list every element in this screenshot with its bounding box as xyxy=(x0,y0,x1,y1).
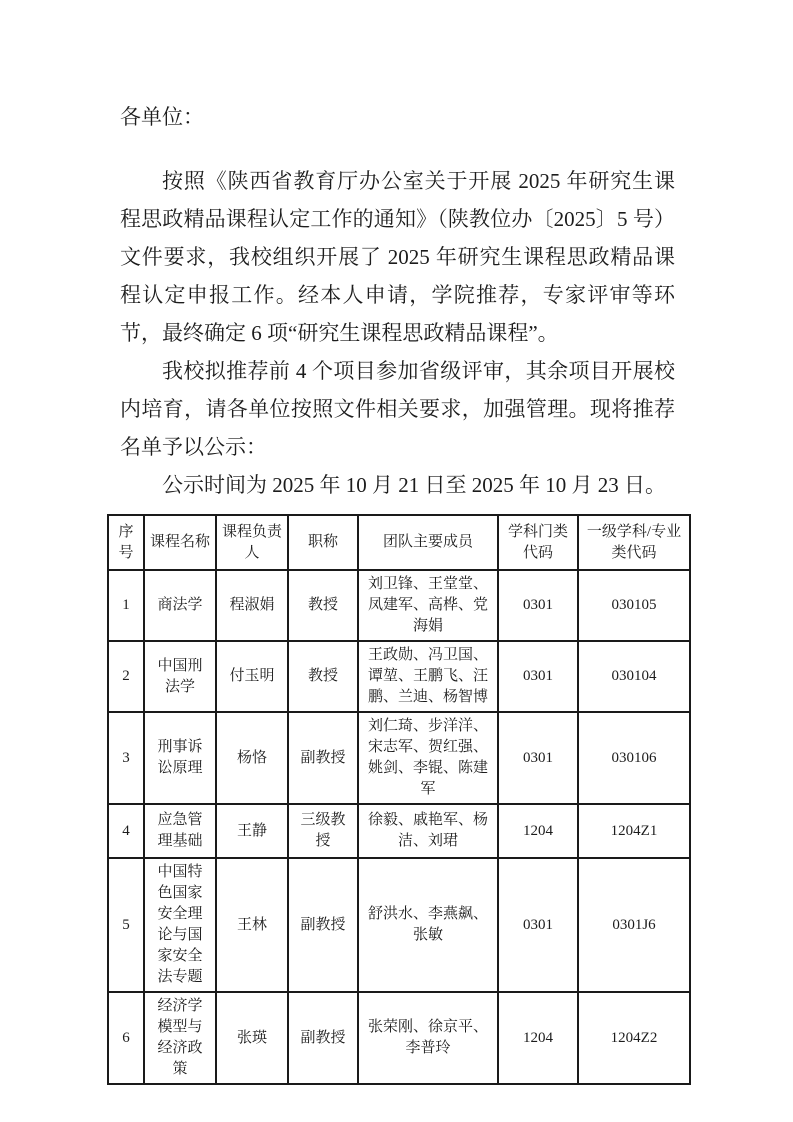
header-cell-major-code: 一级学科/专业类代码 xyxy=(578,515,690,570)
table-row: 1 商法学 程淑娟 教授 刘卫锋、王堂堂、凤建军、高桦、党海娟 0301 030… xyxy=(108,570,690,641)
table-row: 5 中国特色国家安全理论与国家安全法专题 王林 副教授 舒洪水、李燕飙、张敏 0… xyxy=(108,858,690,992)
table-row: 2 中国刑法学 付玉明 教授 王政勋、冯卫国、谭堃、王鹏飞、汪鹏、兰迪、杨智博 … xyxy=(108,641,690,712)
cell-course-name: 中国刑法学 xyxy=(144,641,216,712)
cell-leader: 张瑛 xyxy=(216,992,288,1084)
paragraph-public-notice-period: 公示时间为 2025 年 10 月 21 日至 2025 年 10 月 23 日… xyxy=(120,466,675,504)
document-page: 各单位： 按照《陕西省教育厅办公室关于开展 2025 年研究生课程思政精品课程认… xyxy=(0,0,793,1122)
cell-category-code: 1204 xyxy=(498,992,578,1084)
cell-title: 副教授 xyxy=(288,712,358,804)
cell-team: 王政勋、冯卫国、谭堃、王鹏飞、汪鹏、兰迪、杨智博 xyxy=(358,641,498,712)
cell-course-name: 应急管理基础 xyxy=(144,804,216,858)
cell-team: 刘仁琦、步洋洋、宋志军、贺红强、姚剑、李锟、陈建军 xyxy=(358,712,498,804)
cell-category-code: 0301 xyxy=(498,570,578,641)
cell-seq: 3 xyxy=(108,712,144,804)
recommendation-table: 序号 课程名称 课程负责人 职称 团队主要成员 学科门类代码 一级学科/专业类代… xyxy=(107,514,691,1085)
cell-seq: 2 xyxy=(108,641,144,712)
header-cell-category-code: 学科门类代码 xyxy=(498,515,578,570)
cell-title: 教授 xyxy=(288,570,358,641)
cell-team: 舒洪水、李燕飙、张敏 xyxy=(358,858,498,992)
cell-leader: 杨恪 xyxy=(216,712,288,804)
cell-major-code: 030105 xyxy=(578,570,690,641)
cell-leader: 程淑娟 xyxy=(216,570,288,641)
cell-category-code: 0301 xyxy=(498,641,578,712)
cell-team: 张荣刚、徐京平、李普玲 xyxy=(358,992,498,1084)
header-cell-leader: 课程负责人 xyxy=(216,515,288,570)
cell-leader: 王静 xyxy=(216,804,288,858)
cell-seq: 1 xyxy=(108,570,144,641)
cell-category-code: 0301 xyxy=(498,712,578,804)
cell-title: 三级教授 xyxy=(288,804,358,858)
cell-leader: 王林 xyxy=(216,858,288,992)
salutation: 各单位： xyxy=(120,98,675,136)
header-cell-seq: 序号 xyxy=(108,515,144,570)
cell-team: 徐毅、戚艳军、杨洁、刘珺 xyxy=(358,804,498,858)
table-row: 6 经济学模型与经济政策 张瑛 副教授 张荣刚、徐京平、李普玲 1204 120… xyxy=(108,992,690,1084)
cell-team: 刘卫锋、王堂堂、凤建军、高桦、党海娟 xyxy=(358,570,498,641)
cell-major-code: 030106 xyxy=(578,712,690,804)
table-header-row: 序号 课程名称 课程负责人 职称 团队主要成员 学科门类代码 一级学科/专业类代… xyxy=(108,515,690,570)
table-row: 3 刑事诉讼原理 杨恪 副教授 刘仁琦、步洋洋、宋志军、贺红强、姚剑、李锟、陈建… xyxy=(108,712,690,804)
header-cell-course-name: 课程名称 xyxy=(144,515,216,570)
cell-major-code: 1204Z1 xyxy=(578,804,690,858)
cell-major-code: 030104 xyxy=(578,641,690,712)
header-cell-title: 职称 xyxy=(288,515,358,570)
paragraph-notice: 按照《陕西省教育厅办公室关于开展 2025 年研究生课程思政精品课程认定工作的通… xyxy=(120,162,675,352)
cell-category-code: 1204 xyxy=(498,804,578,858)
cell-major-code: 0301J6 xyxy=(578,858,690,992)
header-cell-team: 团队主要成员 xyxy=(358,515,498,570)
cell-title: 副教授 xyxy=(288,992,358,1084)
table-row: 4 应急管理基础 王静 三级教授 徐毅、戚艳军、杨洁、刘珺 1204 1204Z… xyxy=(108,804,690,858)
cell-leader: 付玉明 xyxy=(216,641,288,712)
cell-title: 教授 xyxy=(288,641,358,712)
document-body-text: 各单位： 按照《陕西省教育厅办公室关于开展 2025 年研究生课程思政精品课程认… xyxy=(120,98,675,504)
cell-course-name: 商法学 xyxy=(144,570,216,641)
cell-seq: 6 xyxy=(108,992,144,1084)
cell-seq: 4 xyxy=(108,804,144,858)
cell-category-code: 0301 xyxy=(498,858,578,992)
cell-course-name: 刑事诉讼原理 xyxy=(144,712,216,804)
cell-course-name: 中国特色国家安全理论与国家安全法专题 xyxy=(144,858,216,992)
cell-title: 副教授 xyxy=(288,858,358,992)
cell-course-name: 经济学模型与经济政策 xyxy=(144,992,216,1084)
cell-seq: 5 xyxy=(108,858,144,992)
cell-major-code: 1204Z2 xyxy=(578,992,690,1084)
paragraph-recommendation: 我校拟推荐前 4 个项目参加省级评审，其余项目开展校内培育，请各单位按照文件相关… xyxy=(120,352,675,466)
